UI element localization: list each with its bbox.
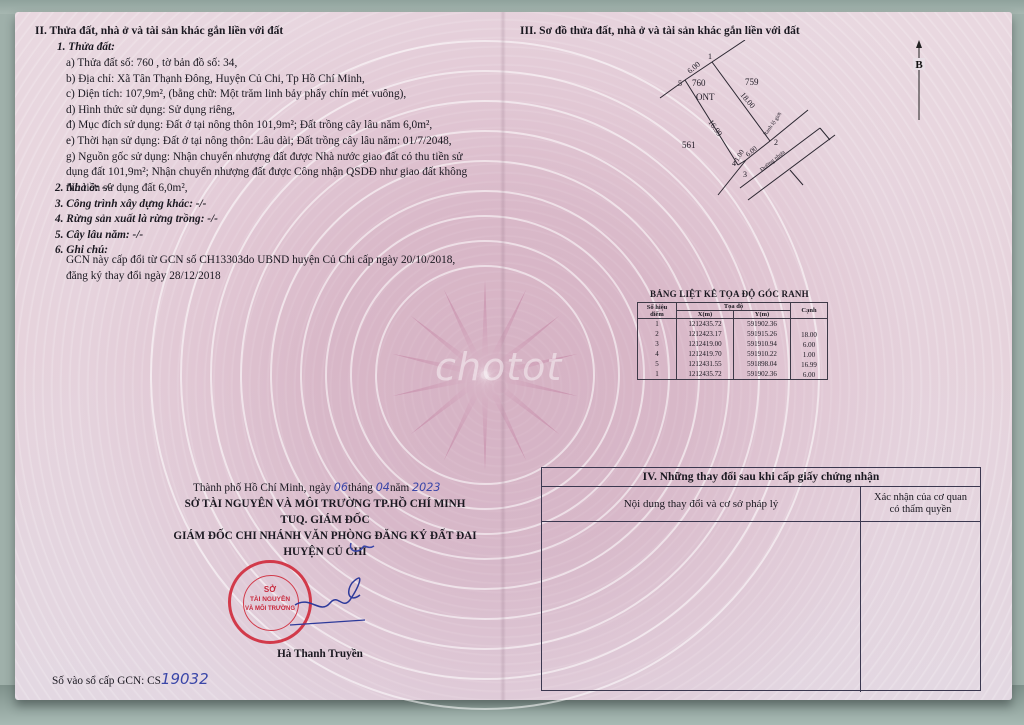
register-number: Số vào sổ cấp GCN: CS19032 bbox=[52, 672, 209, 690]
item-line: 3. Công trình xây dựng khác: -/- bbox=[55, 197, 206, 213]
date-year: 2023 bbox=[412, 481, 440, 494]
note-line: đăng ký thay đổi ngày 28/12/2018 bbox=[66, 269, 221, 285]
svg-text:6.00: 6.00 bbox=[744, 144, 759, 158]
edge-cell: 6.00 bbox=[791, 339, 828, 349]
svg-text:Ranh lộ giới: Ranh lộ giới bbox=[763, 111, 784, 137]
initial-mark bbox=[348, 538, 378, 556]
note-line: GCN này cấp đổi từ GCN số CH13303do UBND… bbox=[66, 253, 455, 269]
svg-text:Đường nhựa: Đường nhựa bbox=[759, 149, 786, 173]
svg-text:B: B bbox=[915, 59, 923, 71]
land-detail-line: b) Địa chỉ: Xã Tân Thạnh Đông, Huyện Củ … bbox=[66, 72, 365, 88]
svg-text:2: 2 bbox=[774, 138, 778, 147]
svg-text:561: 561 bbox=[682, 140, 696, 150]
y-cell: 591898.04 bbox=[734, 359, 791, 369]
coords-row: 11212435.72591902.36 bbox=[638, 319, 828, 330]
confirm-line-1: Xác nhận của cơ quan bbox=[874, 492, 967, 503]
date-day: 06 bbox=[334, 481, 348, 494]
issuer-line-4: HUYỆN CỦ CHI bbox=[160, 544, 490, 560]
item-line: 4. Rừng sản xuất là rừng trồng: -/- bbox=[55, 212, 218, 228]
item-line: 5. Cây lâu năm: -/- bbox=[55, 228, 143, 244]
x-cell: 1212423.17 bbox=[677, 329, 734, 339]
section-iii-title: III. Sơ đồ thửa đất, nhà ở và tài sản kh… bbox=[520, 25, 800, 37]
land-detail-line: c) Diện tích: 107,9m², (bằng chữ: Một tr… bbox=[66, 87, 406, 103]
date-month: 04 bbox=[376, 481, 390, 494]
land-detail-line: dụng đất 101,9m²; Nhận chuyển nhượng đất… bbox=[66, 165, 467, 181]
y-cell: 591910.94 bbox=[734, 339, 791, 349]
signature-scribble bbox=[290, 565, 370, 635]
land-detail-line: g) Nguồn gốc sử dụng: Nhận chuyển nhượng… bbox=[66, 150, 462, 166]
changes-table: IV. Những thay đổi sau khi cấp giấy chứn… bbox=[541, 467, 981, 691]
signer-name: Hà Thanh Truyền bbox=[240, 646, 400, 662]
signature-date: Thành phố Hồ Chí Minh, ngày 06tháng 04nă… bbox=[193, 480, 440, 497]
issuer-line-3: GIÁM ĐỐC CHI NHÁNH VĂN PHÒNG ĐĂNG KÝ ĐẤT… bbox=[140, 528, 510, 544]
land-detail-line: d) Hình thức sử dụng: Sử dụng riêng, bbox=[66, 103, 235, 119]
land-detail-line: e) Thời hạn sử dụng: Đất ở tại nông thôn… bbox=[66, 134, 452, 150]
y-cell: 591902.36 bbox=[734, 369, 791, 380]
y-cell: 591915.26 bbox=[734, 329, 791, 339]
header-point: Số hiệu điểm bbox=[638, 303, 677, 319]
month-label: tháng bbox=[348, 482, 373, 494]
point-cell: 2 bbox=[638, 329, 677, 339]
coords-table: Số hiệu điểm Tọa độ Cạnh X(m) Y(m) 11212… bbox=[637, 302, 828, 380]
y-cell: 591910.22 bbox=[734, 349, 791, 359]
svg-text:760: 760 bbox=[692, 78, 706, 88]
svg-text:5: 5 bbox=[678, 79, 682, 88]
coords-row: 51212431.55591898.0416.99 bbox=[638, 359, 828, 369]
point-cell: 1 bbox=[638, 319, 677, 330]
date-prefix: Thành phố Hồ Chí Minh, ngày bbox=[193, 482, 331, 494]
coords-row: 21212423.17591915.2618.00 bbox=[638, 329, 828, 339]
svg-text:3: 3 bbox=[743, 170, 747, 179]
point-cell: 3 bbox=[638, 339, 677, 349]
coords-table-title: BẢNG LIỆT KÊ TỌA ĐỘ GÓC RANH bbox=[650, 289, 809, 299]
y-cell: 591902.36 bbox=[734, 319, 791, 330]
coords-row: 41212419.70591910.221.00 bbox=[638, 349, 828, 359]
x-cell: 1212419.70 bbox=[677, 349, 734, 359]
confirm-line-2: có thẩm quyền bbox=[890, 504, 952, 515]
issuer-line-2: TUQ. GIÁM ĐỐC bbox=[160, 512, 490, 528]
point-cell: 4 bbox=[638, 349, 677, 359]
land-heading: 1. Thửa đất: bbox=[57, 40, 115, 56]
changes-title: IV. Những thay đổi sau khi cấp giấy chứn… bbox=[542, 468, 980, 487]
changes-content-cell[interactable] bbox=[542, 522, 861, 692]
item-line: 2. Nhà ở: -/- bbox=[55, 181, 113, 197]
coords-row: 11212435.72591902.366.00 bbox=[638, 369, 828, 380]
header-y: Y(m) bbox=[734, 311, 791, 319]
svg-text:6.00: 6.00 bbox=[686, 60, 703, 76]
section-ii-title: II. Thửa đất, nhà ở và tài sản khác gắn … bbox=[35, 25, 283, 37]
issuer-line-1: SỞ TÀI NGUYÊN VÀ MÔI TRƯỜNG TP.HỒ CHÍ MI… bbox=[160, 496, 490, 512]
changes-confirmation-cell[interactable] bbox=[861, 522, 980, 692]
header-x: X(m) bbox=[677, 311, 734, 319]
point-cell: 1 bbox=[638, 369, 677, 380]
x-cell: 1212435.72 bbox=[677, 369, 734, 380]
x-cell: 1212435.72 bbox=[677, 319, 734, 330]
parcel-map: 123456.0018.0016.991.006.00760ONT759561R… bbox=[640, 40, 900, 230]
edge-cell: 6.00 bbox=[791, 369, 828, 380]
changes-col-confirmation: Xác nhận của cơ quancó thẩm quyền bbox=[861, 487, 980, 521]
land-detail-line: đ) Mục đích sử dụng: Đất ở tại nông thôn… bbox=[66, 118, 432, 134]
point-cell: 5 bbox=[638, 359, 677, 369]
edge-cell bbox=[791, 319, 828, 330]
svg-text:ONT: ONT bbox=[696, 92, 715, 102]
svg-text:759: 759 bbox=[745, 77, 759, 87]
header-edge: Cạnh bbox=[791, 303, 828, 319]
north-arrow-icon: B bbox=[912, 40, 926, 120]
register-handwritten-number: 19032 bbox=[161, 670, 209, 688]
svg-text:18.00: 18.00 bbox=[738, 91, 756, 111]
changes-col-content: Nội dung thay đổi và cơ sở pháp lý bbox=[542, 487, 861, 521]
land-detail-line: a) Thửa đất số: 760 , tờ bản đồ số: 34, bbox=[66, 56, 237, 72]
coords-row: 31212419.00591910.946.00 bbox=[638, 339, 828, 349]
year-label: năm bbox=[390, 482, 409, 494]
edge-cell: 18.00 bbox=[791, 329, 828, 339]
x-cell: 1212419.00 bbox=[677, 339, 734, 349]
x-cell: 1212431.55 bbox=[677, 359, 734, 369]
edge-cell: 16.99 bbox=[791, 359, 828, 369]
svg-text:1: 1 bbox=[708, 52, 712, 61]
header-coord: Tọa độ bbox=[677, 303, 791, 311]
watermark: chotot bbox=[435, 345, 562, 389]
edge-cell: 1.00 bbox=[791, 349, 828, 359]
register-label: Số vào sổ cấp GCN: CS bbox=[52, 675, 161, 687]
svg-text:16.99: 16.99 bbox=[706, 118, 724, 138]
